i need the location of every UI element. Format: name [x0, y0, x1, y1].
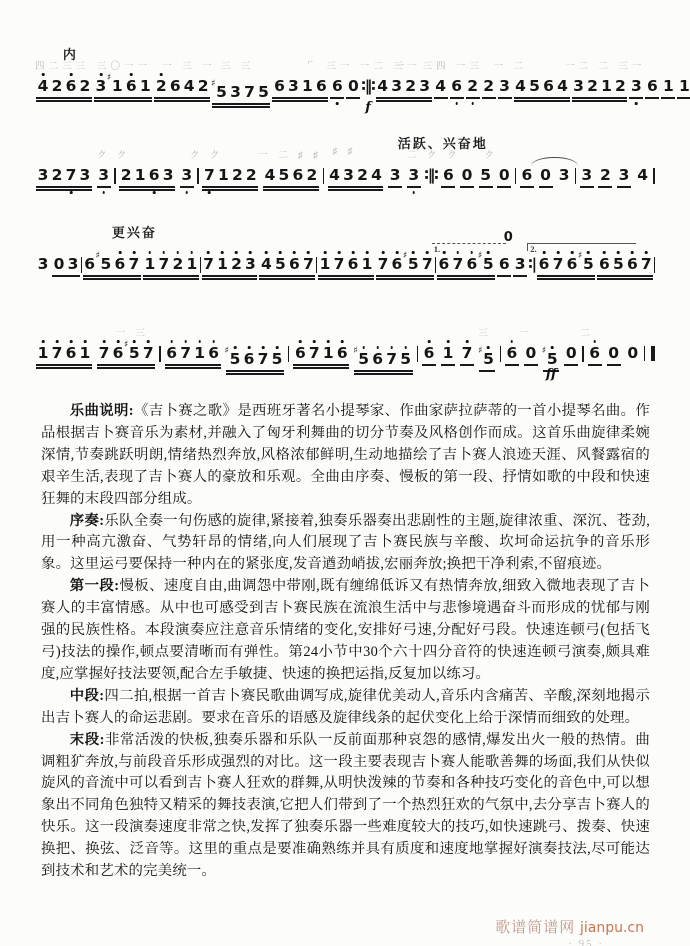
note-digit: 6: [83, 256, 97, 273]
note-group: 7122: [201, 167, 259, 185]
note-digit: 2: [404, 78, 418, 95]
beam-line: [572, 97, 628, 98]
beam-line: [564, 364, 578, 365]
note-group: 0: [625, 345, 641, 363]
beam-line: [434, 97, 448, 98]
beam-line: [498, 97, 512, 98]
beam-line: [165, 367, 221, 368]
note-digit: 2: [50, 78, 64, 95]
measures-row: 42623♯1612642♯5375631660∶‖∶f432346223456…: [35, 78, 655, 101]
note-digit: 6: [422, 345, 436, 362]
octave-dot-above: [471, 251, 474, 254]
scanned-score-page: 内四二三三三〇一一一 三 一三 三⌐三一 一二 三一一三四 一三一 二一二 二 …: [0, 0, 690, 946]
note-digit: 2: [171, 256, 185, 273]
barline: [114, 168, 115, 184]
beam-line: [677, 97, 690, 98]
beam-line: [450, 97, 464, 98]
note-digit: 3: [180, 167, 194, 184]
paragraph: 中段:四二拍,根据一首吉卜赛民歌曲调写成,旋律优美动人,音乐内含痛苦、辛酸,深刻…: [41, 686, 650, 730]
note-digit: 2: [466, 78, 480, 95]
note-digit: 3: [78, 167, 92, 184]
note-digit: 2: [78, 78, 92, 95]
note-group: 3: [628, 78, 644, 96]
score-section: 内四二三三三〇一一一 三 一三 三⌐三一 一二 三一一三四 一三一 二一二 二 …: [35, 36, 655, 392]
final-barline: [644, 346, 655, 361]
octave-dot-above: [160, 73, 163, 76]
beam-line: [83, 275, 141, 276]
octave-dot-below: [185, 191, 188, 194]
note-digit: 6: [371, 351, 385, 368]
dynamic-marking: ff: [546, 367, 557, 382]
note-group: 0: [496, 167, 512, 185]
octave-dot-above: [70, 340, 73, 343]
fingering-marks: 二 ク: [407, 147, 440, 161]
note-digit: 7: [256, 351, 270, 368]
beam-line: [388, 186, 402, 187]
octave-dot-below: [412, 191, 415, 194]
note-group: 4324: [327, 167, 385, 185]
note-digit: 5: [399, 351, 413, 368]
octave-dot-above: [587, 251, 590, 254]
note-group: 0: [563, 345, 579, 363]
note-digit: 7: [202, 256, 216, 273]
fingering-marks: 四二三三: [35, 58, 89, 72]
beam-line: [97, 186, 111, 187]
note-group: 3: [512, 256, 528, 274]
octave-dot-above: [571, 251, 574, 254]
beam-line: [482, 97, 496, 98]
beam-line: [94, 100, 152, 101]
note-digit: 4: [434, 78, 448, 95]
octave-dot-above: [279, 251, 282, 254]
note-group: 3: [387, 167, 403, 185]
note-digit: 3: [243, 256, 257, 273]
note-digit: 2: [355, 167, 369, 184]
beam-line: [572, 100, 628, 101]
fingering-marks: 一 二: [494, 58, 527, 72]
beam-line: [505, 364, 519, 365]
note-digit: 5: [528, 78, 542, 95]
octave-dot-above: [617, 251, 620, 254]
note-digit: 7: [376, 256, 390, 273]
beam-line: [497, 275, 511, 276]
beam-line: [376, 97, 432, 98]
repeat-end-sign: ∶|: [528, 256, 536, 274]
note-group: 676♯5: [536, 256, 596, 274]
note-group: 6: [421, 345, 437, 363]
note-group: 3: [96, 167, 112, 185]
note-digit: 1: [143, 256, 157, 273]
note-digit: 6: [542, 78, 556, 95]
note-digit: 6: [625, 256, 639, 273]
volta-bracket-2: 2.: [527, 243, 636, 251]
barline: [159, 346, 160, 362]
note-digit: 6: [287, 256, 301, 273]
note-digit: 6: [293, 345, 307, 362]
octave-dot-above: [221, 251, 224, 254]
octave-dot-above: [163, 251, 166, 254]
note-digit: 2: [482, 78, 496, 95]
note-digit: 6: [64, 78, 78, 95]
score-line: 内四二三三三〇一一一 三 一三 三⌐三一 一二 三一一三四 一三一 二一二 二 …: [35, 36, 655, 125]
beam-line: [83, 278, 141, 279]
note-digit: 1: [599, 78, 613, 95]
note-digit: 7: [50, 345, 64, 362]
note-digit: 1: [441, 345, 455, 362]
note-group: ♯5675: [225, 345, 285, 368]
paragraph: 序奏:乐队全奏一句伤感的旋律,紧接着,独奏乐器奏出悲剧性的主题,旋律浓重、深沉、…: [41, 511, 650, 577]
octave-dot-above: [443, 251, 446, 254]
note-digit: 5: [270, 351, 284, 368]
barline: [288, 346, 289, 362]
note-digit: 7: [332, 256, 346, 273]
octave-dot-below: [102, 191, 105, 194]
octave-dot-above: [551, 346, 554, 349]
note-digit: 1: [138, 78, 152, 95]
note-digit: 2: [613, 78, 627, 95]
note-digit: 6: [588, 345, 602, 362]
note-digit: 3: [94, 78, 108, 95]
fingering-marks: ク ク: [190, 147, 223, 161]
octave-dot-below: [153, 191, 156, 194]
note-group: 3: [616, 167, 632, 185]
note-digit: 4: [328, 167, 342, 184]
octave-dot-above: [133, 251, 136, 254]
note-digit: 6: [335, 345, 349, 362]
note-digit: 6: [505, 345, 519, 362]
octave-dot-above: [366, 251, 369, 254]
note-group: 6716: [164, 345, 222, 363]
note-digit: 3: [161, 167, 175, 184]
note-digit: 6: [565, 256, 579, 273]
note-group: 76♯57: [96, 345, 156, 363]
note-digit: 5: [273, 256, 287, 273]
note-digit: 1: [215, 256, 229, 273]
octave-dot-above: [262, 346, 265, 349]
fingering-marks: ク: [485, 147, 499, 161]
note-digit: 6: [64, 345, 78, 362]
note-digit: 0: [52, 256, 66, 273]
octave-dot-above: [603, 251, 606, 254]
note-digit: 7: [141, 345, 155, 362]
note-digit: 1: [661, 78, 675, 95]
octave-dot-above: [84, 340, 87, 343]
beam-line: [479, 370, 495, 371]
score-line: 更兴奋1.02.3036♯567172171234567176176♯57676…: [35, 214, 655, 303]
note-group: 4323: [375, 78, 433, 96]
octave-dot-above: [191, 251, 194, 254]
octave-dot-below: [635, 102, 638, 105]
measures-row: 176176♯576716♯56756716♯5675617♯560♯5ff06…: [35, 345, 655, 368]
volta-2-label: 2.: [530, 244, 536, 254]
octave-dot-above: [235, 251, 238, 254]
note-digit: 7: [307, 345, 321, 362]
note-digit: 1: [133, 167, 147, 184]
note-digit: 3: [388, 167, 402, 184]
octave-dot-above: [130, 73, 133, 76]
beam-line: [143, 278, 199, 279]
note-group: 6: [329, 78, 345, 96]
fingering-marks: ク ク: [97, 147, 130, 161]
beam-line: [36, 100, 92, 101]
note-digit: 2: [585, 78, 599, 95]
note-group: 1: [440, 345, 456, 363]
octave-dot-above: [404, 346, 407, 349]
barline: [417, 346, 418, 362]
note-group: 6567: [596, 256, 654, 274]
barline: [197, 168, 198, 184]
octave-dot-above: [293, 251, 296, 254]
beam-line: [597, 275, 653, 276]
note-digit: 6: [450, 78, 464, 95]
octave-dot-above: [299, 340, 302, 343]
note-group: 6: [644, 78, 660, 96]
note-digit: 1: [78, 345, 92, 362]
note-group: 03: [51, 256, 81, 274]
note-digit: 3: [498, 78, 512, 95]
octave-dot-above: [100, 73, 103, 76]
octave-dot-above: [327, 340, 330, 343]
note-group: 3: [35, 256, 51, 274]
paragraph-lead: 末段:: [70, 732, 105, 748]
beam-line: [407, 186, 421, 187]
beam-line: [318, 278, 374, 279]
note-digit: 6: [390, 256, 404, 273]
note-digit: 6: [346, 256, 360, 273]
beam-line: [629, 97, 643, 98]
fingering-marks: 三 三: [221, 58, 254, 72]
note-digit: 5: [357, 351, 371, 368]
beam-line: [165, 364, 221, 365]
beam-line: [202, 189, 258, 190]
note-group: 7: [459, 345, 475, 363]
octave-dot-above: [511, 340, 514, 343]
note-digit: 3: [513, 256, 527, 273]
note-digit: 2: [244, 167, 258, 184]
note-digit: 6: [272, 78, 286, 95]
octave-dot-above: [103, 340, 106, 343]
beam-line: [354, 370, 412, 371]
barline: [575, 168, 576, 184]
octave-dot-above: [412, 251, 415, 254]
note-digit: 0: [564, 345, 578, 362]
note-group: 3: [179, 167, 195, 185]
beam-line: [524, 364, 538, 365]
octave-dot-above: [248, 346, 251, 349]
fingering-marks: 一 三: [116, 325, 149, 339]
note-digit: 0: [626, 345, 640, 362]
octave-dot-above: [428, 340, 431, 343]
octave-dot-above: [487, 251, 490, 254]
note-digit: 3: [390, 78, 404, 95]
note-digit: 5: [256, 84, 270, 101]
barline: [500, 346, 501, 362]
beam-line: [330, 97, 344, 98]
note-digit: 6: [437, 256, 451, 273]
note-digit: 6: [314, 78, 328, 95]
note-digit: 3: [286, 78, 300, 95]
fingering-marks: ク: [447, 147, 461, 161]
note-digit: 5: [611, 256, 625, 273]
note-digit: 5: [127, 345, 141, 362]
beam-line: [617, 186, 631, 187]
tempo-marking: 更兴奋: [112, 222, 157, 241]
note-group: 4262: [35, 78, 93, 96]
note-digit: 6: [165, 345, 179, 362]
beam-line: [119, 189, 175, 190]
repeat-sign: ∶‖∶f: [361, 78, 374, 96]
beam-line: [36, 186, 92, 187]
beam-line: [143, 275, 199, 276]
barline: [323, 168, 324, 184]
note-digit: 2: [154, 78, 168, 95]
octave-dot-above: [376, 346, 379, 349]
note-group: ♯5ff: [542, 345, 560, 368]
note-digit: 4: [556, 78, 570, 95]
note-digit: 4: [259, 256, 273, 273]
beam-line: [514, 100, 570, 101]
note-group: 3♯161: [93, 78, 153, 96]
note-digit: 1: [300, 78, 314, 95]
repeat-sign: ∶‖∶: [424, 167, 437, 185]
beam-line: [36, 189, 92, 190]
note-group: 2: [465, 78, 481, 96]
note-digit: 6: [113, 256, 127, 273]
beam-line: [293, 367, 349, 368]
fingering-marks: 一: [519, 325, 533, 339]
note-group: 6: [440, 167, 456, 185]
note-group: ♯5675: [353, 345, 413, 368]
beam-line: [539, 186, 553, 187]
note-digit: 7: [157, 256, 171, 273]
note-digit: 5: [479, 167, 493, 184]
note-digit: 7: [97, 345, 111, 362]
beam-line: [376, 275, 434, 276]
beam-line: [119, 186, 175, 187]
note-digit: 1: [321, 345, 335, 362]
note-group: 676♯5: [436, 256, 496, 274]
note-group: 2163: [118, 167, 176, 185]
note-digit: 4: [636, 167, 650, 184]
note-digit: 7: [385, 351, 399, 368]
octave-dot-above: [42, 73, 45, 76]
octave-dot-below: [336, 102, 339, 105]
beam-line: [376, 278, 434, 279]
note-digit: 2: [230, 167, 244, 184]
note-digit: 3: [229, 84, 243, 101]
octave-dot-above: [593, 340, 596, 343]
note-digit: 5: [406, 256, 420, 273]
beam-line: [272, 100, 328, 101]
paragraph: 第一段:慢板、速度自由,曲调怨中带刚,既有缠绵低诉又有热情奔放,细致入微地表现了…: [41, 576, 650, 686]
note-digit: 6: [330, 78, 344, 95]
beam-line: [354, 373, 412, 374]
note-digit: 6: [147, 167, 161, 184]
octave-dot-above: [56, 340, 59, 343]
page-number: · 95 ·: [568, 938, 604, 946]
beam-line: [580, 186, 594, 187]
octave-dot-above: [543, 251, 546, 254]
note-digit: 1: [110, 78, 124, 95]
note-group: 1721: [142, 256, 200, 274]
note-group: 4567: [258, 256, 316, 274]
note-digit: 2: [598, 167, 612, 184]
octave-dot-above: [234, 346, 237, 349]
site-name: 歌谱简谱网: [495, 920, 575, 936]
beam-line: [226, 373, 284, 374]
note-group: 3: [406, 167, 422, 185]
note-digit: 7: [127, 256, 141, 273]
octave-dot-above: [341, 340, 344, 343]
note-group: 3: [497, 78, 513, 96]
note-group: 1761: [35, 345, 93, 363]
beam-line: [520, 186, 534, 187]
note-digit: 6: [124, 78, 138, 95]
octave-dot-below: [70, 191, 73, 194]
note-group: 6♯567: [82, 256, 142, 274]
note-digit: 1: [360, 256, 374, 273]
note-group: 0: [606, 345, 622, 363]
note-group: 4: [433, 78, 449, 96]
octave-dot-above: [324, 251, 327, 254]
octave-dot-above: [42, 340, 45, 343]
note-digit: 0: [524, 345, 538, 362]
note-digit: 3: [629, 78, 643, 95]
volta-bracket-1: 1.: [432, 243, 506, 251]
beam-line: [645, 97, 659, 98]
note-group: 2: [481, 78, 497, 96]
note-digit: 1: [677, 78, 690, 95]
octave-dot-above: [631, 251, 634, 254]
dynamic-marking: f: [365, 100, 371, 115]
note-group: ♯5375: [211, 78, 271, 101]
note-digit: 4: [369, 167, 383, 184]
note-digit: 6: [645, 78, 659, 95]
fingering-marks: 三〇一一: [97, 58, 151, 72]
volta-1-label: 1.: [434, 244, 440, 254]
note-digit: 0: [346, 78, 360, 95]
note-digit: 7: [179, 345, 193, 362]
paragraph: 末段:非常活泼的快板,独奏乐器和乐队一反前面那种哀怨的感情,爆发出火一般的热情。…: [41, 730, 650, 883]
beam-line: [263, 186, 319, 187]
note-digit: 0: [460, 167, 474, 184]
note-digit: 5: [481, 351, 495, 368]
note-group: 6716: [292, 345, 350, 363]
beam-line: [272, 97, 328, 98]
note-digit: 7: [202, 167, 216, 184]
note-digit: 5: [99, 256, 113, 273]
beam-line: [328, 186, 384, 187]
beam-line: [263, 189, 319, 190]
beam-line: [598, 186, 612, 187]
beam-line: [94, 97, 152, 98]
barline: [653, 168, 654, 184]
paragraph-lead: 中段:: [70, 688, 104, 704]
note-group: 6: [449, 78, 465, 96]
note-group: 3273: [35, 167, 93, 185]
beam-line: [226, 370, 284, 371]
note-digit: 3: [572, 78, 586, 95]
octave-dot-above: [117, 340, 120, 343]
note-group: 3212: [571, 78, 629, 96]
note-group: 0: [538, 167, 554, 185]
note-group: 1: [676, 78, 690, 96]
octave-dot-below: [455, 102, 458, 105]
beam-line: [293, 364, 349, 365]
beam-line: [537, 275, 595, 276]
note-digit: 5: [545, 351, 559, 368]
octave-dot-above: [149, 251, 152, 254]
